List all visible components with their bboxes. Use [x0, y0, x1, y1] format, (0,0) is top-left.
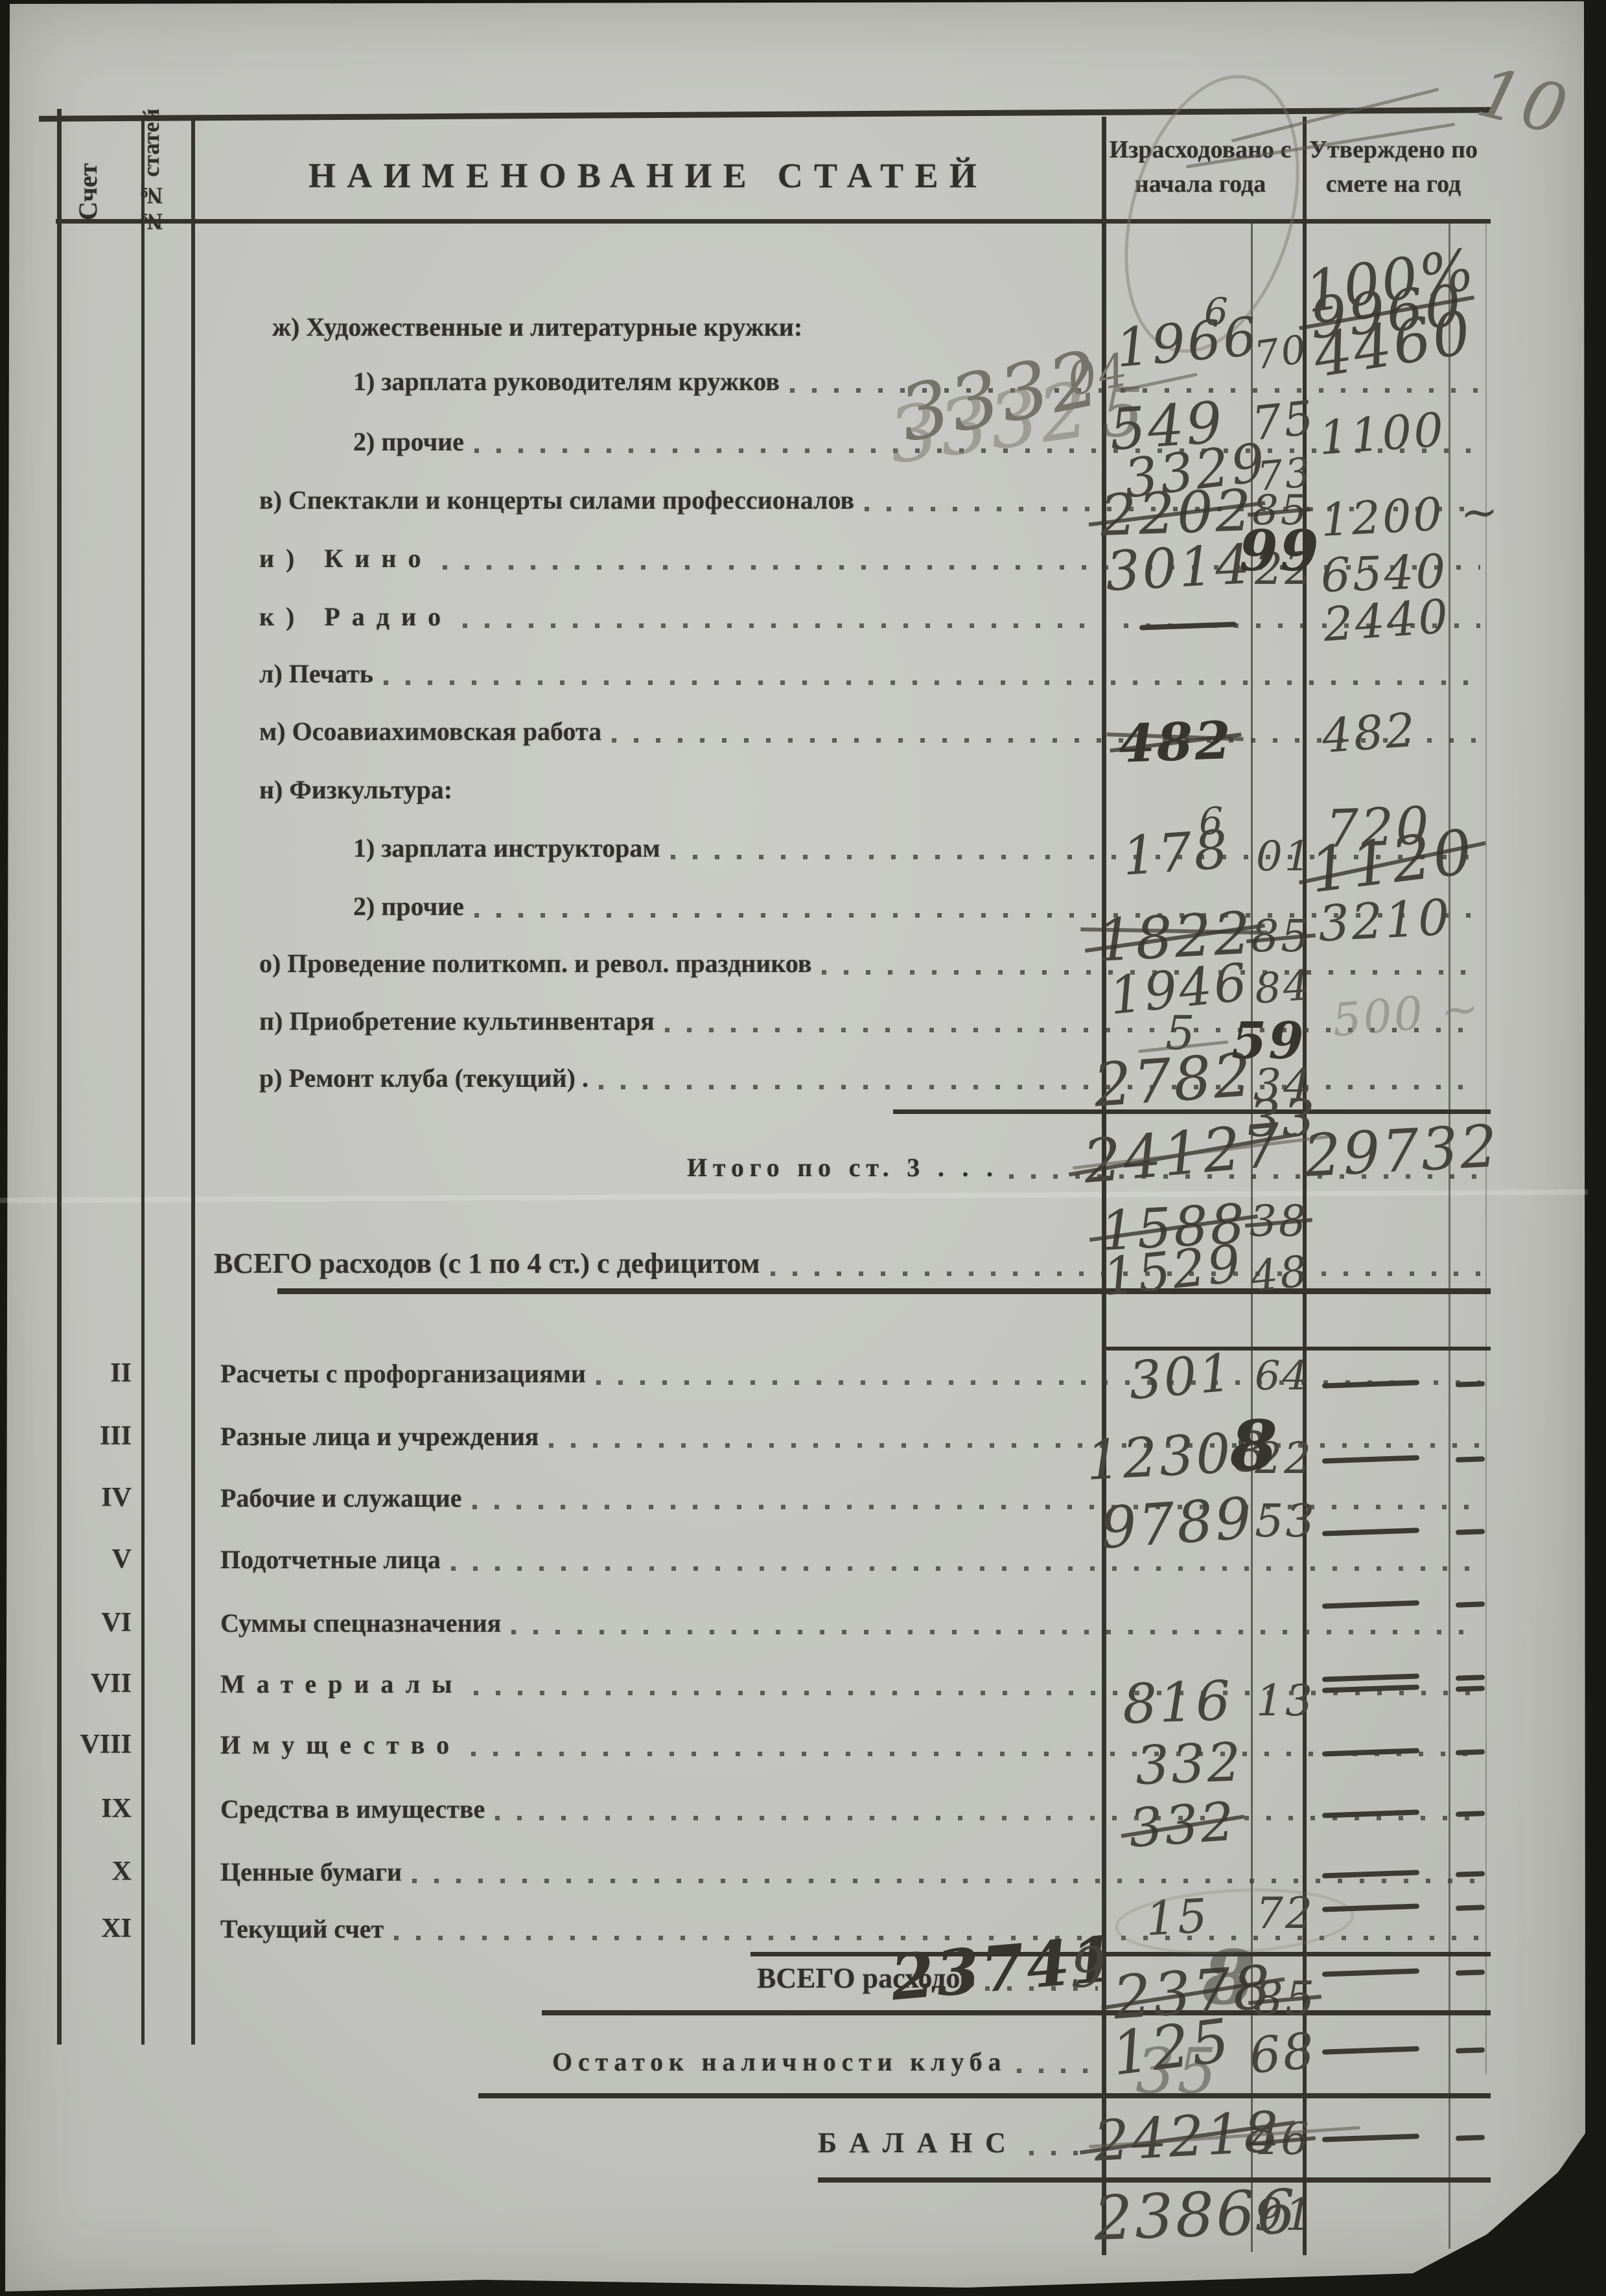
handwritten-value: 301 [1127, 1347, 1236, 1408]
handwritten-value: 1529 [1100, 1238, 1245, 1304]
row-label: ж) Художественные и литературные кружки: [272, 312, 802, 342]
row-label: 1) зарплата руководителям кружков [353, 366, 780, 397]
row-roman-numeral: VIII [62, 1729, 132, 1760]
dotted-leader [511, 1630, 1480, 1634]
row-roman-numeral: VII [62, 1668, 132, 1699]
row-label: н) Физкультура: [259, 774, 452, 805]
row-label: л) Печать [259, 658, 373, 689]
handwritten-value: 91 [1255, 2194, 1315, 2238]
row-label: БАЛАНС [818, 2126, 1019, 2159]
row-label: Ценные бумаги [220, 1857, 402, 1887]
table-row: Имущество [220, 1728, 1484, 1760]
handwritten-value: 3210 [1317, 892, 1452, 949]
table-title: НАИМЕНОВАНИЕ СТАТЕЙ [214, 156, 1082, 196]
row-label: 1) зарплата инструкторам [353, 833, 660, 863]
row-label: р) Ремонт клуба (текущий) . [259, 1063, 588, 1093]
handwritten-value: 6 [1204, 293, 1230, 330]
handwritten-dash [1456, 1749, 1485, 1756]
handwritten-value: 1100 [1317, 406, 1447, 461]
handwritten-dash [1456, 1456, 1485, 1463]
account-column-header: Счет [73, 130, 103, 220]
table-left-rule [57, 109, 62, 2045]
article-no-column-header: №№ статей [139, 124, 164, 235]
row-label: и) Кино [259, 543, 432, 574]
dotted-leader [599, 1085, 1480, 1089]
row-roman-numeral: VI [62, 1607, 132, 1638]
handwritten-dash [1456, 1871, 1485, 1877]
handwritten-dash [1456, 1686, 1485, 1692]
handwritten-value: 332 [1127, 1796, 1238, 1856]
tekushchiy-rule [751, 1952, 1491, 1956]
row-roman-numeral: V [62, 1544, 132, 1575]
handwritten-value: 99 [1239, 524, 1321, 579]
schet-divider [141, 117, 145, 2045]
table-row: к) Радио [259, 599, 1484, 632]
table-row: м) Осоавиахимовская работа [259, 714, 1484, 747]
row-label: ВСЕГО расходов (с 1 по 4 ст.) с дефицито… [214, 1247, 760, 1280]
handwritten-value: 482 [1320, 706, 1418, 760]
table-row: БАЛАНС [818, 2127, 1095, 2159]
row-label: Имущество [220, 1730, 461, 1760]
handwritten-dash [1456, 1529, 1485, 1535]
handwritten-value: 816 [1122, 1673, 1233, 1732]
row-roman-numeral: II [62, 1358, 132, 1389]
handwritten-value: 9789 [1099, 1490, 1255, 1557]
handwritten-dash [1456, 1905, 1485, 1911]
handwritten-value: 48 [1249, 1250, 1311, 1299]
row-label: Средства в имуществе [220, 1794, 485, 1824]
handwritten-value: 01 [1256, 836, 1312, 877]
handwritten-value: 13 [1256, 1680, 1314, 1722]
row-roman-numeral: XI [62, 1913, 132, 1944]
row-label: Разные лица и учреждения [220, 1421, 539, 1452]
handwritten-value: 84 [1253, 965, 1313, 1010]
handwritten-value: 482 [1118, 714, 1234, 770]
row-roman-numeral: III [62, 1421, 132, 1452]
dotted-leader [549, 1443, 1480, 1448]
ostatok-rule [478, 2093, 1491, 2098]
handwritten-dash [1456, 1969, 1485, 1976]
handwritten-value: 10 [1471, 58, 1575, 146]
handwritten-dash [1456, 1601, 1485, 1608]
handwritten-value: 29732 [1303, 1117, 1501, 1186]
row-label: Итого по ст. 3 . . . [687, 1152, 999, 1183]
row-label: Текущий счет [220, 1914, 384, 1944]
dotted-leader [1017, 2069, 1098, 2073]
handwritten-value: 59 [1231, 1016, 1306, 1067]
table-row: Остаток наличности клуба [552, 2045, 1102, 2077]
dotted-leader [384, 680, 1480, 685]
handwritten-value: 35 [1135, 2040, 1218, 2102]
handwritten-dash [1456, 1675, 1485, 1681]
handwritten-value: 1966 [1113, 310, 1261, 376]
row-label: в) Спектакли и концерты силами профессио… [259, 485, 854, 515]
dotted-leader [472, 1505, 1480, 1509]
row-roman-numeral: X [62, 1856, 132, 1887]
handwritten-dash [1456, 1811, 1485, 1817]
row-label: Рабочие и служащие [220, 1483, 462, 1513]
handwritten-value: 1200 ~ [1320, 489, 1501, 543]
row-label: о) Проведение политкомп. и револ. праздн… [259, 948, 811, 979]
row-label: Расчеты с профорганизациями [220, 1358, 586, 1389]
row-label: м) Осоавиахимовская работа [259, 716, 601, 747]
articleno-divider [191, 117, 195, 2045]
handwritten-value: 8 [1202, 1941, 1256, 2015]
table-row: н) Физкультура: [259, 772, 1484, 805]
handwritten-value: 38 [1250, 1200, 1308, 1243]
handwritten-dash [1456, 1381, 1485, 1387]
row-label: 2) прочие [353, 891, 464, 922]
scanned-budget-document: Счет №№ статей НАИМЕНОВАНИЕ СТАТЕЙ Израс… [0, 0, 1606, 2296]
table-row: л) Печать [259, 656, 1484, 689]
row-label: Подотчетные лица [220, 1544, 441, 1575]
dotted-leader [412, 1879, 1480, 1883]
row-label: 2) прочие [353, 426, 464, 457]
handwritten-value: 53 [1255, 1498, 1316, 1544]
table-row: Ценные бумаги [220, 1855, 1484, 1887]
handwritten-dash [1456, 2047, 1485, 2054]
handwritten-value: 85 [1253, 1975, 1317, 2022]
handwritten-value: 85 [1251, 915, 1311, 959]
handwritten-value: 68 [1248, 2026, 1318, 2081]
table-row: Суммы спецназначения [220, 1606, 1484, 1638]
dotted-leader [451, 1566, 1480, 1571]
handwritten-value: 70 [1252, 330, 1310, 376]
row-roman-numeral: IV [62, 1482, 132, 1513]
handwritten-value: 332 [1135, 1736, 1244, 1793]
handwritten-value: 2440 [1321, 592, 1451, 647]
row-label: к) Радио [259, 601, 452, 632]
vsego-bottom-rule [542, 2010, 1491, 2015]
table-row: Средства в имуществе [220, 1792, 1484, 1824]
handwritten-value: 6 [1199, 802, 1225, 840]
row-label: Материалы [220, 1669, 463, 1699]
row-roman-numeral: IX [62, 1793, 132, 1824]
handwritten-value: 500 ~ [1331, 985, 1483, 1043]
row-label: Суммы спецназначения [220, 1608, 501, 1638]
row-label: п) Приобретение культинвентаря [259, 1006, 655, 1036]
handwritten-value: 8 [1230, 1411, 1279, 1479]
handwritten-value: 64 [1255, 1356, 1310, 1396]
handwritten-value: 3014 [1104, 537, 1253, 599]
handwritten-dash [1456, 2135, 1485, 2141]
handwritten-value: 2782 [1092, 1045, 1255, 1116]
handwritten-value: 46 [1251, 2118, 1311, 2162]
row-label: Остаток наличности клуба [552, 2047, 1007, 2077]
handwritten-value: 9 [1071, 1941, 1108, 1996]
